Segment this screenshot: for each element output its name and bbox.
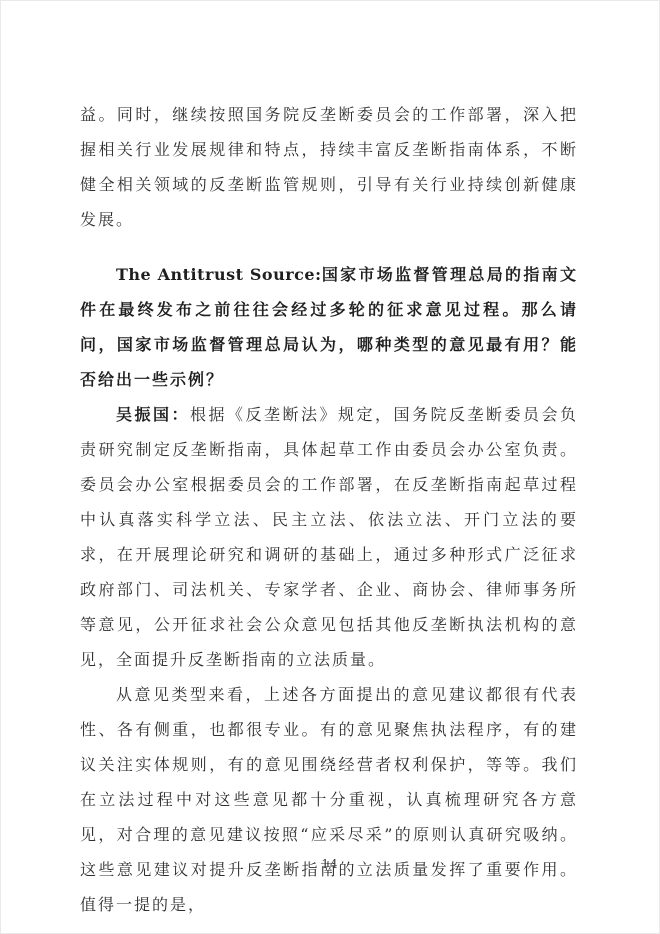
paragraph-body-text: 从意见类型来看，上述各方面提出的意见建议都很有代表性、各有侧重，也都很专业。有的…: [80, 685, 578, 914]
answer-speaker-label: 吴振国：: [116, 405, 190, 424]
question-speaker-label: The Antitrust Source:: [116, 265, 322, 284]
paragraph-continuation: 益。同时，继续按照国务院反垄断委员会的工作部署，深入把握相关行业发展规律和特点，…: [80, 97, 578, 237]
page-number: 14: [0, 857, 660, 871]
paragraph-answer: 吴振国：根据《反垄断法》规定，国务院反垄断委员会负责研究制定反垄断指南，具体起草…: [80, 397, 578, 677]
paragraph-question: The Antitrust Source:国家市场监督管理总局的指南文件在最终发…: [80, 257, 578, 397]
document-text-block: 益。同时，继续按照国务院反垄断委员会的工作部署，深入把握相关行业发展规律和特点，…: [80, 97, 578, 922]
answer-text: 根据《反垄断法》规定，国务院反垄断委员会负责研究制定反垄断指南，具体起草工作由委…: [80, 405, 578, 669]
paragraph-continuation-text: 益。同时，继续按照国务院反垄断委员会的工作部署，深入把握相关行业发展规律和特点，…: [80, 105, 578, 229]
paragraph-body: 从意见类型来看，上述各方面提出的意见建议都很有代表性、各有侧重，也都很专业。有的…: [80, 677, 578, 922]
document-page: { "page": { "number": "14" }, "colors": …: [0, 0, 660, 934]
